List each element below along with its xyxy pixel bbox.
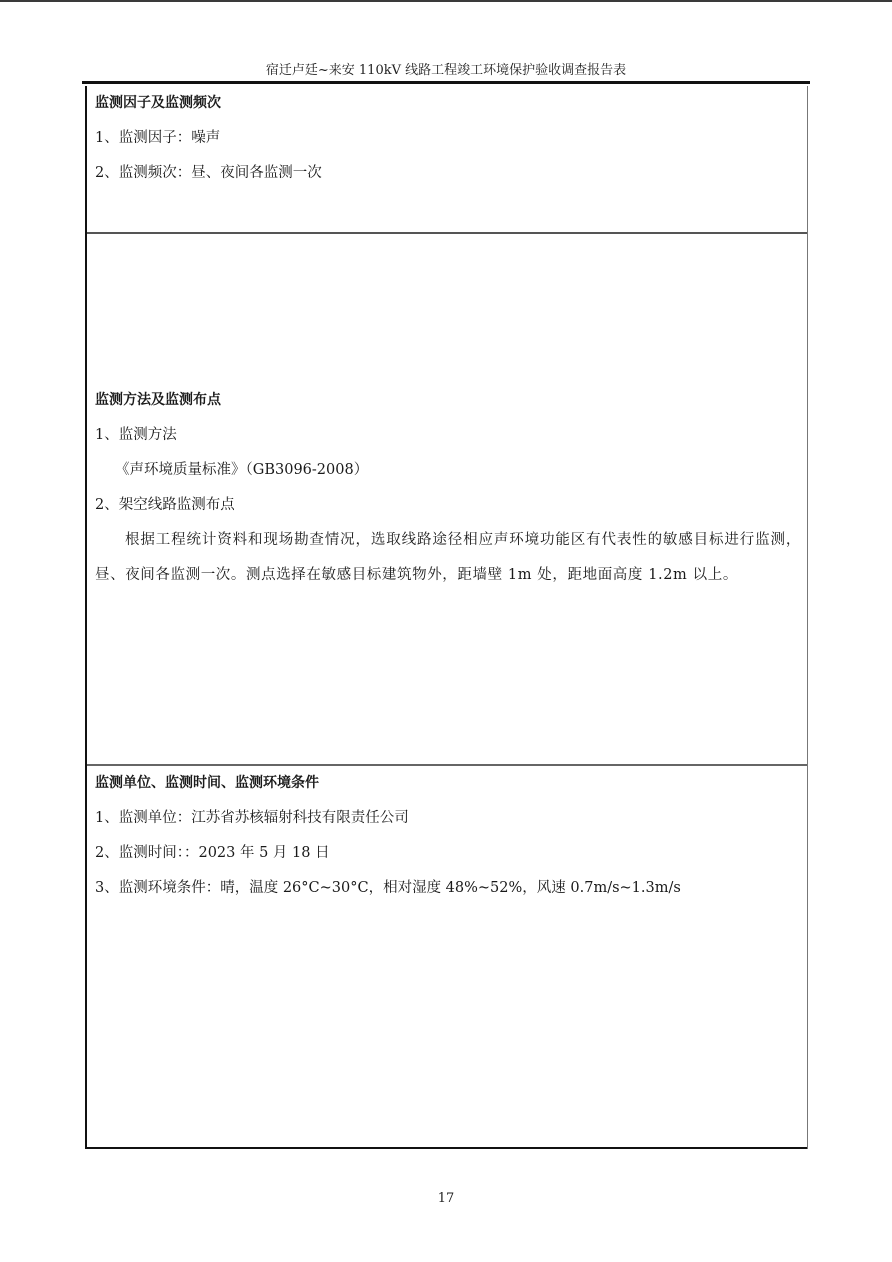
monitoring-frequency-line: 2、监测频次：昼、夜间各监测一次 xyxy=(95,156,801,191)
section-monitoring-unit-time-conditions: 监测单位、监测时间、监测环境条件 1、监测单位：江苏省苏核辐射科技有限责任公司 … xyxy=(87,766,807,1149)
layout-description-paragraph: 根据工程统计资料和现场勘查情况，选取线路途径相应声环境功能区有代表性的敏感目标进… xyxy=(95,523,801,593)
layout-label-line: 2、架空线路监测布点 xyxy=(95,488,801,523)
section-heading: 监测方法及监测布点 xyxy=(95,383,801,418)
blank-space xyxy=(95,234,801,383)
section-monitoring-method: 监测方法及监测布点 1、监测方法 《声环境质量标准》（GB3096-2008） … xyxy=(87,234,807,766)
page-top-edge xyxy=(0,0,892,2)
monitoring-factor-line: 1、监测因子：噪声 xyxy=(95,121,801,156)
report-table: 监测因子及监测频次 1、监测因子：噪声 2、监测频次：昼、夜间各监测一次 监测方… xyxy=(85,86,808,1149)
method-standard-line: 《声环境质量标准》（GB3096-2008） xyxy=(95,453,801,488)
section-monitoring-factors: 监测因子及监测频次 1、监测因子：噪声 2、监测频次：昼、夜间各监测一次 xyxy=(87,86,807,234)
header-double-rule xyxy=(82,81,810,84)
method-label-line: 1、监测方法 xyxy=(95,418,801,453)
section-heading: 监测单位、监测时间、监测环境条件 xyxy=(95,766,801,801)
page-header-title: 宿迁卢廷~来安 110kV 线路工程竣工环境保护验收调查报告表 xyxy=(82,62,810,80)
page-number: 17 xyxy=(0,1191,892,1206)
monitoring-time-line: 2、监测时间：：2023 年 5 月 18 日 xyxy=(95,836,801,871)
monitoring-unit-line: 1、监测单位：江苏省苏核辐射科技有限责任公司 xyxy=(95,801,801,836)
monitoring-conditions-line: 3、监测环境条件：晴，温度 26°C~30°C，相对湿度 48%~52%，风速 … xyxy=(95,871,801,906)
section-heading: 监测因子及监测频次 xyxy=(95,86,801,121)
